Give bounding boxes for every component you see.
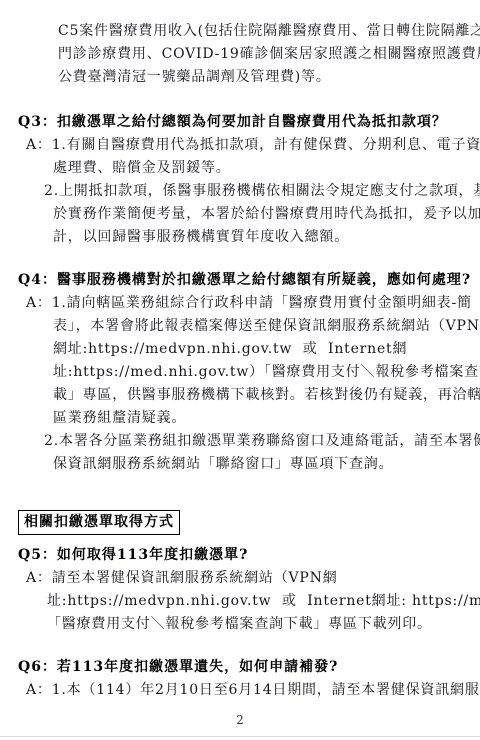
- answer-line: 「醫療費用支付＼報稅參考檔案查詢下載」專區下載列印。: [0, 613, 480, 636]
- document-page: C5案件醫療費用收入(包括住院隔離醫療費用、當日轉住院隔離之 門診診療費用、CO…: [0, 0, 480, 740]
- question-q3-heading: Q3：扣繳憑單之給付總額為何要加計自醫療費用代為抵扣款項？: [0, 111, 480, 134]
- answer-line: 2.本署各分區業務組扣繳憑單業務聯絡窗口及連絡電話，請至本署健: [0, 430, 480, 453]
- section-heading-box: 相關扣繳憑單取得方式: [18, 510, 180, 535]
- answer-line: 2.上開抵扣款項，係醫事服務機構依相關法令規定應支付之款項，基: [0, 180, 480, 203]
- section-divider: 相關扣繳憑單取得方式: [18, 510, 480, 535]
- question-q5-heading: Q5：如何取得113年度扣繳憑單?: [0, 544, 480, 567]
- paragraph-line: C5案件醫療費用收入(包括住院隔離醫療費用、當日轉住院隔離之: [0, 20, 480, 43]
- answer-line: 網址:https://medvpn.nhi.gov.tw 或 Internet網: [0, 338, 480, 361]
- answer-line: 於實務作業簡便考量，本署於給付醫療費用時代為抵扣，爰予以加: [0, 203, 480, 226]
- page-number: 2: [0, 713, 480, 727]
- answer-line: 區業務組釐清疑義。: [0, 407, 480, 430]
- answer-line: A：1.本（114）年2月10日至6月14日期間，請至本署健保資訊網服務系: [0, 679, 480, 702]
- answer-line: A：1.請向轄區業務組綜合行政科申請「醫療費用實付金額明細表-簡: [0, 292, 480, 315]
- question-q4-heading: Q4：醫事服務機構對於扣繳憑單之給付總額有所疑義，應如何處理?: [0, 269, 480, 292]
- answer-line: A：1.有關自醫療費用代為抵扣款項，計有健保費、分期利息、電子資料: [0, 134, 480, 157]
- answer-line: 表」，本署會將此報表檔案傳送至健保資訊網服務系統網站（VPN: [0, 315, 480, 338]
- paragraph-line: 公費臺灣清冠一號藥品調劑及管理費)等。: [0, 66, 480, 89]
- answer-line: 載」專區，供醫事服務機構下載核對。若核對後仍有疑義，再洽轄: [0, 384, 480, 407]
- answer-line: 址:https://med.nhi.gov.tw）「醫療費用支付＼報稅參考檔案查…: [0, 361, 480, 384]
- answer-line: 處理費、賠償金及罰鍰等。: [0, 157, 480, 180]
- answer-line: 址:https://medvpn.nhi.gov.tw 或 Internet網址…: [0, 590, 480, 613]
- paragraph-line: 門診診療費用、COVID-19確診個案居家照護之相關醫療照護費用、: [0, 43, 480, 66]
- question-q6-heading: Q6：若113年度扣繳憑單遺失，如何申請補發?: [0, 656, 480, 679]
- answer-line: 保資訊網服務系統網站「聯絡窗口」專區項下查詢。: [0, 453, 480, 476]
- answer-line: 計，以回歸醫事服務機構實質年度收入總額。: [0, 226, 480, 249]
- page-bottom-edge: [0, 736, 480, 737]
- answer-line: A：請至本署健保資訊網服務系統網站（VPN網: [0, 567, 480, 590]
